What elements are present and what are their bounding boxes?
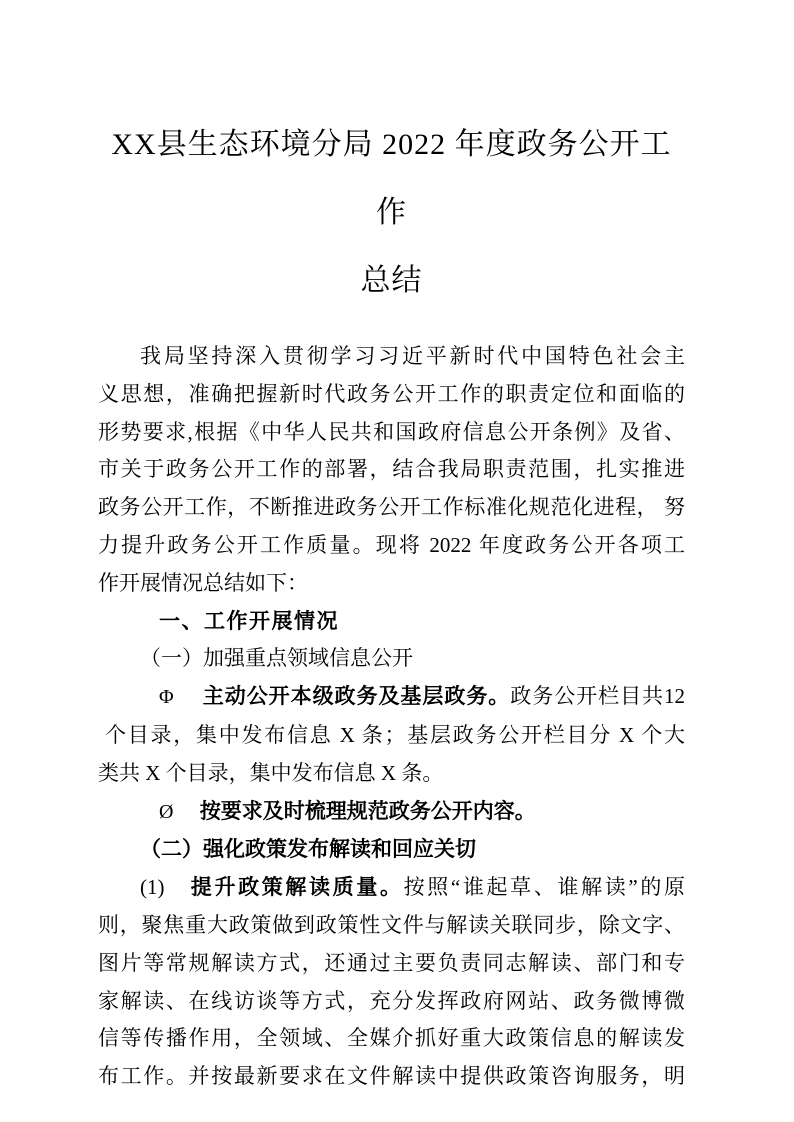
document-page: XX县生态环境分局 2022 年度政务公开工作总结我局坚持深入贯彻学习习近平新时… bbox=[0, 0, 794, 1122]
list-bullet-symbol: Ø bbox=[159, 801, 173, 823]
text-run: 市关于政务公开工作的部署，结合我局职责范围，扎实推进 bbox=[98, 457, 685, 481]
text-line: Φ 主动公开本级政务及基层政务。政务公开栏目共12 bbox=[98, 678, 685, 717]
text-run: 则，聚焦重大政策做到政策性文件与解读关联同步，除文字、 bbox=[98, 913, 685, 937]
text-line: (1) 提升政策解读质量。按照“谁起草、谁解读”的原 bbox=[98, 869, 685, 907]
text-run: 形势要求,根据《中华人民共和国政府信息公开条例》及省、 bbox=[98, 420, 685, 444]
subsection-heading-1-1: （一）加强重点领域信息公开 bbox=[98, 640, 685, 678]
text-run: 作开展情况总结如下： bbox=[98, 571, 308, 595]
text-run: 政务公开栏目共12 bbox=[510, 684, 685, 708]
text-line: 力提升政务公开工作质量。现将 2022 年度政务公开各项工 bbox=[98, 527, 685, 565]
text-run bbox=[173, 799, 199, 823]
text-line: 我局坚持深入贯彻学习习近平新时代中国特色社会主 bbox=[98, 338, 685, 376]
text-line: 总结 bbox=[98, 247, 685, 315]
list-item-3: (1) 提升政策解读质量。按照“谁起草、谁解读”的原则，聚焦重大政策做到政策性文… bbox=[98, 869, 685, 1096]
list-item-1: Φ 主动公开本级政务及基层政务。政务公开栏目共12 个目录，集中发布信息 X 条… bbox=[98, 678, 685, 792]
text-line: 则，聚焦重大政策做到政策性文件与解读关联同步，除文字、 bbox=[98, 907, 685, 945]
text-run: 提升政策解读质量。 bbox=[191, 875, 404, 899]
text-run: 政务公开工作，不断推进政务公开工作标准化规范化进程， 努 bbox=[98, 495, 685, 519]
list-bullet-symbol: Φ bbox=[159, 686, 174, 708]
text-line: 政务公开工作，不断推进政务公开工作标准化规范化进程， 努 bbox=[98, 489, 685, 527]
text-line: 布工作。并按最新要求在文件解读中提供政策咨询服务，明 bbox=[98, 1058, 685, 1096]
text-line: XX县生态环境分局 2022 年度政务公开工作 bbox=[98, 111, 685, 247]
document-title: XX县生态环境分局 2022 年度政务公开工作总结 bbox=[98, 111, 685, 315]
subsection-heading-1-2: （二）强化政策发布解读和回应关切 bbox=[98, 831, 685, 869]
text-run: 图片等常规解读方式，还通过主要负责同志解读、部门和专 bbox=[98, 951, 685, 975]
text-run: 个目录，集中发布信息 X 条；基层政务公开栏目分 X 个大 bbox=[98, 723, 685, 747]
text-run: （二）强化政策发布解读和回应关切 bbox=[140, 837, 476, 861]
text-run: XX县生态环境分局 2022 年度政务公开工作 bbox=[111, 128, 671, 229]
text-line: 图片等常规解读方式，还通过主要负责同志解读、部门和专 bbox=[98, 945, 685, 983]
text-line: 义思想，准确把握新时代政务公开工作的职责定位和面临的 bbox=[98, 376, 685, 414]
text-line: 信等传播作用，全领域、全媒介抓好重大政策信息的解读发 bbox=[98, 1020, 685, 1058]
section-heading-1: 一、工作开展情况 bbox=[98, 603, 685, 641]
text-run: 按照“谁起草、谁解读”的原 bbox=[404, 875, 685, 899]
text-run bbox=[174, 684, 203, 708]
text-line: （一）加强重点领域信息公开 bbox=[98, 640, 685, 678]
text-run: 力提升政务公开工作质量。现将 2022 年度政务公开各项工 bbox=[98, 533, 685, 557]
text-run: 主动公开本级政务及基层政务。 bbox=[203, 684, 511, 708]
text-run: 一、工作开展情况 bbox=[159, 610, 339, 633]
text-run: 我局坚持深入贯彻学习习近平新时代中国特色社会主 bbox=[140, 344, 685, 368]
text-line: 作开展情况总结如下： bbox=[98, 565, 685, 603]
text-run: 布工作。并按最新要求在文件解读中提供政策咨询服务，明 bbox=[98, 1064, 685, 1088]
text-line: 市关于政务公开工作的部署，结合我局职责范围，扎实推进 bbox=[98, 451, 685, 489]
text-run: 义思想，准确把握新时代政务公开工作的职责定位和面临的 bbox=[98, 382, 685, 406]
list-item-2: Ø 按要求及时梳理规范政务公开内容。 bbox=[98, 793, 685, 832]
text-run: 类共 X 个目录，集中发布信息 X 条。 bbox=[98, 761, 443, 785]
text-run: 总结 bbox=[361, 264, 423, 297]
document-content: XX县生态环境分局 2022 年度政务公开工作总结我局坚持深入贯彻学习习近平新时… bbox=[98, 111, 685, 1096]
text-run: 信等传播作用，全领域、全媒介抓好重大政策信息的解读发 bbox=[98, 1026, 685, 1050]
text-line: 家解读、在线访谈等方式，充分发挥政府网站、政务微博微 bbox=[98, 983, 685, 1021]
text-run: (1) bbox=[140, 875, 165, 899]
text-line: 类共 X 个目录，集中发布信息 X 条。 bbox=[98, 755, 685, 793]
text-line: 个目录，集中发布信息 X 条；基层政务公开栏目分 X 个大 bbox=[98, 717, 685, 755]
text-line: Ø 按要求及时梳理规范政务公开内容。 bbox=[98, 793, 685, 832]
text-line: 一、工作开展情况 bbox=[98, 603, 685, 641]
text-line: （二）强化政策发布解读和回应关切 bbox=[98, 831, 685, 869]
paragraph-intro: 我局坚持深入贯彻学习习近平新时代中国特色社会主义思想，准确把握新时代政务公开工作… bbox=[98, 338, 685, 603]
text-run bbox=[165, 875, 191, 899]
text-run: 按要求及时梳理规范政务公开内容。 bbox=[200, 799, 536, 823]
text-line: 形势要求,根据《中华人民共和国政府信息公开条例》及省、 bbox=[98, 414, 685, 452]
text-run: 家解读、在线访谈等方式，充分发挥政府网站、政务微博微 bbox=[98, 989, 685, 1013]
text-run: （一）加强重点领域信息公开 bbox=[140, 646, 413, 670]
